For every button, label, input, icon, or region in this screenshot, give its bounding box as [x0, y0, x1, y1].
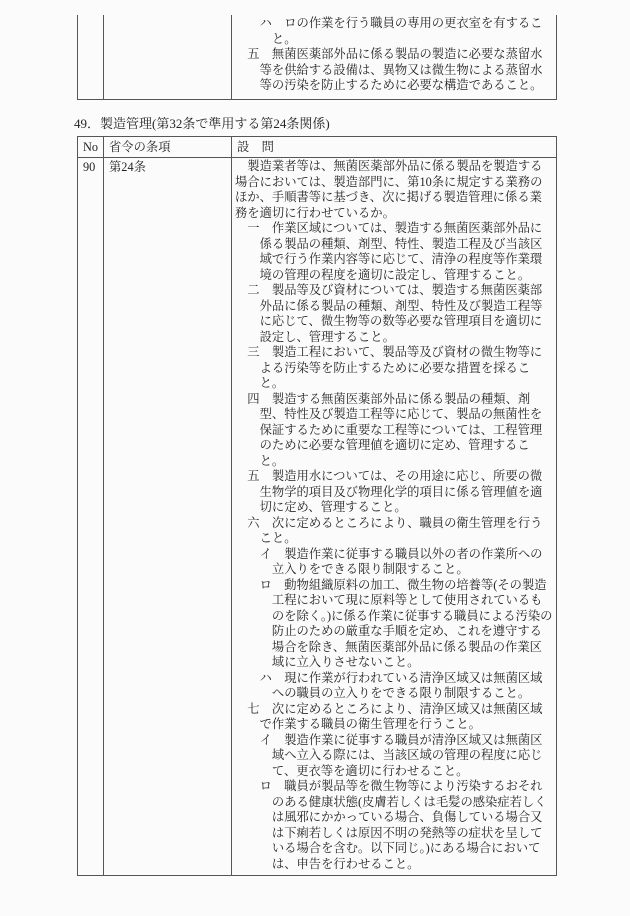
item-number: 三	[247, 345, 272, 359]
no-cell-empty	[78, 15, 104, 99]
item-text: 製造する無菌医薬部外品に係る製品の種類、剤型、特性及び製造工程等に応じて、製品の…	[260, 392, 543, 468]
item-number: 五	[247, 47, 272, 61]
question-item: 六次に定めるところにより、職員の衛生管理を行うこと。	[235, 516, 553, 547]
question-item: 三製造工程において、製品等及び資材の微生物等による汚染等を防止するために必要な措…	[235, 345, 553, 392]
item-text: 製造工程において、製品等及び資材の微生物等による汚染等を防止するために必要な措置…	[260, 345, 543, 390]
question-item: 七次に定めるところにより、清浄区域又は無菌区域で作業する職員の衛生管理を行うこと…	[235, 702, 553, 733]
item-text: 職員が製品等を微生物等により汚染するおそれのある健康状態(皮膚若しくは毛髪の感染…	[272, 779, 547, 871]
question-item: 五無菌医薬部外品に係る製品の製造に必要な蒸留水等を供給する設備は、異物又は微生物…	[235, 47, 553, 94]
document-page: ハロの作業を行う職員の専用の更衣室を有すること。 五無菌医薬部外品に係る製品の製…	[0, 0, 630, 916]
continuation-row: ハロの作業を行う職員の専用の更衣室を有すること。 五無菌医薬部外品に係る製品の製…	[78, 15, 557, 99]
section-heading: 49．製造管理(第32条で準用する第24条関係)	[74, 116, 330, 131]
item-text: 製造用水については、その用途に応じ、所要の微生物学的項目及び物理化学的項目に係る…	[260, 469, 543, 514]
question-item: ハ現に作業が行われている清浄区域又は無菌区域への職員の立入りをできる限り制限する…	[235, 671, 553, 702]
header-no: No	[78, 137, 104, 158]
item-text: 製品等及び資材については、製造する無菌医薬部外品に係る製品の種類、剤型、特性及び…	[260, 283, 543, 344]
item-number: イ	[260, 733, 285, 747]
table-row: 90 第24条 製造業者等は、無菌医薬部外品に係る製品を製造する場合においては、…	[78, 158, 557, 876]
no-cell: 90	[78, 158, 104, 876]
item-number: 四	[247, 392, 272, 406]
item-text: 次に定めるところにより、職員の衛生管理を行うこと。	[260, 516, 543, 546]
header-question: 設 問	[232, 137, 557, 158]
question-lead: 製造業者等は、無菌医薬部外品に係る製品を製造する場合においては、製造部門に、第1…	[235, 159, 553, 221]
question-table: No 省令の条項 設 問 90 第24条 製造業者等は、無菌医薬部外品に係る製品…	[77, 136, 557, 876]
item-text: 製造作業に従事する職員以外の者の作業所への立入りをできる限り制限すること。	[272, 547, 543, 577]
item-text: 作業区域については、製造する無菌医薬部外品に係る製品の種類、剤型、特性、製造工程…	[260, 221, 543, 282]
item-text: 次に定めるところにより、清浄区域又は無菌区域で作業する職員の衛生管理を行うこと。	[260, 702, 543, 732]
question-item: ハロの作業を行う職員の専用の更衣室を有すること。	[235, 16, 553, 47]
question-cell: 製造業者等は、無菌医薬部外品に係る製品を製造する場合においては、製造部門に、第1…	[232, 158, 557, 876]
item-number: 七	[247, 702, 272, 716]
item-number: イ	[260, 547, 285, 561]
item-text: 現に作業が行われている清浄区域又は無菌区域への職員の立入りをできる限り制限するこ…	[272, 671, 543, 701]
item-number: 六	[247, 516, 272, 530]
item-text: 製造作業に従事する職員が清浄区域又は無菌区域へ立入る際には、当該区域の管理の程度…	[272, 733, 543, 778]
question-cell: ハロの作業を行う職員の専用の更衣室を有すること。 五無菌医薬部外品に係る製品の製…	[232, 15, 557, 99]
question-item: 四製造する無菌医薬部外品に係る製品の種類、剤型、特性及び製造工程等に応じて、製品…	[235, 392, 553, 470]
question-item: イ製造作業に従事する職員以外の者の作業所への立入りをできる限り制限すること。	[235, 547, 553, 578]
item-number: 五	[247, 469, 272, 483]
question-item: 五製造用水については、その用途に応じ、所要の微生物学的項目及び物理化学的項目に係…	[235, 469, 553, 516]
item-text: ロの作業を行う職員の専用の更衣室を有すること。	[272, 16, 543, 46]
item-number: ハ	[260, 16, 285, 30]
question-item: 一作業区域については、製造する無菌医薬部外品に係る製品の種類、剤型、特性、製造工…	[235, 221, 553, 283]
item-number: 一	[247, 221, 272, 235]
header-row: No 省令の条項 設 問	[78, 137, 557, 158]
item-text: 無菌医薬部外品に係る製品の製造に必要な蒸留水等を供給する設備は、異物又は微生物に…	[260, 47, 543, 92]
item-number: ロ	[260, 578, 285, 592]
item-number: 二	[247, 283, 272, 297]
header-article: 省令の条項	[104, 137, 232, 158]
article-cell: 第24条	[104, 158, 232, 876]
item-text: 動物組織原料の加工、微生物の培養等(その製造工程において現に原料等として使用され…	[272, 578, 553, 670]
continuation-table: ハロの作業を行う職員の専用の更衣室を有すること。 五無菌医薬部外品に係る製品の製…	[77, 15, 557, 100]
question-item: ロ動物組織原料の加工、微生物の培養等(その製造工程において現に原料等として使用さ…	[235, 578, 553, 671]
question-item: イ製造作業に従事する職員が清浄区域又は無菌区域へ立入る際には、当該区域の管理の程…	[235, 733, 553, 780]
item-number: ハ	[260, 671, 285, 685]
item-number: ロ	[260, 779, 285, 793]
question-item: ロ職員が製品等を微生物等により汚染するおそれのある健康状態(皮膚若しくは毛髪の感…	[235, 779, 553, 872]
article-cell-empty	[104, 15, 232, 99]
question-item: 二製品等及び資材については、製造する無菌医薬部外品に係る製品の種類、剤型、特性及…	[235, 283, 553, 345]
